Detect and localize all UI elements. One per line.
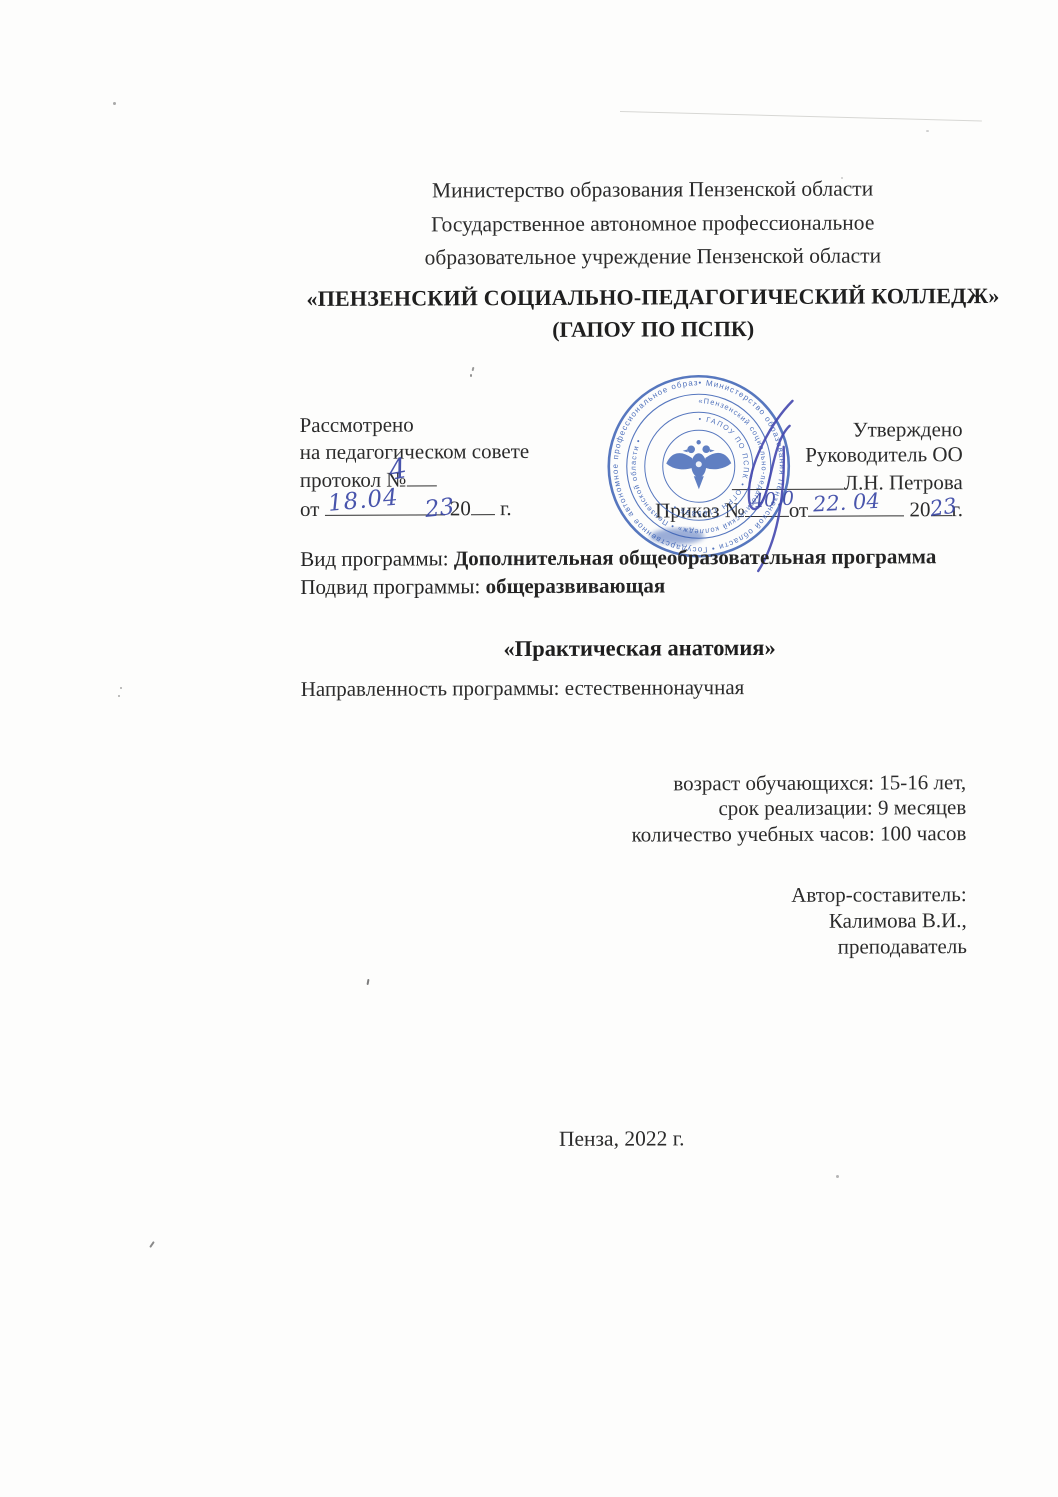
author-label: Автор-составитель:	[567, 881, 967, 909]
program-details-block: возраст обучающихся: 15-16 лет, срок реа…	[516, 770, 966, 848]
program-subtype-label: Подвид программы:	[300, 574, 480, 599]
review-council-line: на педагогическом совете	[300, 437, 630, 465]
review-title: Рассмотрено	[300, 411, 630, 439]
order-year-prefix: 20	[909, 498, 930, 522]
program-direction-line: Направленность программы: естественнонау…	[301, 674, 981, 702]
organization-line-2: образовательное учреждение Пензенской об…	[248, 239, 1058, 276]
author-name: Калимова В.И.,	[567, 907, 967, 935]
ministry-line: Министерство образования Пензенской обла…	[247, 172, 1057, 209]
protocol-number-blank	[406, 464, 436, 486]
organization-line-1: Государственное автономное профессиональ…	[248, 205, 1058, 242]
students-age-line: возраст обучающихся: 15-16 лет,	[516, 770, 966, 797]
author-role: преподаватель	[567, 933, 967, 961]
direction-value: естественнонаучная	[565, 675, 745, 700]
program-subtype-value: общеразвивающая	[486, 573, 666, 598]
document-content: Министерство образования Пензенской обла…	[0, 0, 1058, 1497]
stamp-smudge	[650, 528, 704, 544]
hours-line: количество учебных часов: 100 часов	[516, 821, 966, 848]
program-subtype-line: Подвид программы: общеразвивающая	[300, 571, 980, 601]
review-year-blank	[471, 493, 495, 515]
scanned-document-page: Министерство образования Пензенской обла…	[0, 0, 1058, 1497]
program-type-block: Вид программы: Дополнительная общеобразо…	[300, 543, 980, 601]
program-type-line: Вид программы: Дополнительная общеобразо…	[300, 543, 980, 573]
direction-label: Направленность программы:	[301, 676, 560, 701]
review-date-prefix: от	[300, 496, 320, 520]
handwritten-order-year: 23	[928, 493, 958, 521]
handwritten-order-date: 22. 04	[812, 489, 880, 517]
program-type-value: Дополнительная общеобразовательная прогр…	[454, 544, 937, 570]
program-type-label: Вид программы:	[300, 546, 448, 571]
handwritten-order-number: 40.0	[751, 487, 795, 512]
document-header: Министерство образования Пензенской обла…	[247, 172, 1058, 347]
author-block: Автор-составитель: Калимова В.И., препод…	[567, 881, 967, 961]
college-name: «ПЕНЗЕНСКИЙ СОЦИАЛЬНО-ПЕДАГОГИЧЕСКИЙ КОЛ…	[248, 279, 1058, 315]
footer-city-year: Пенза, 2022 г.	[302, 1125, 942, 1153]
program-title: «Практическая анатомия»	[310, 634, 970, 663]
handwritten-review-year: 23	[424, 494, 456, 523]
college-abbreviation: (ГАПОУ ПО ПСПК)	[248, 311, 1058, 347]
review-year-suffix: г.	[500, 496, 512, 520]
duration-line: срок реализации: 9 месяцев	[516, 795, 966, 822]
